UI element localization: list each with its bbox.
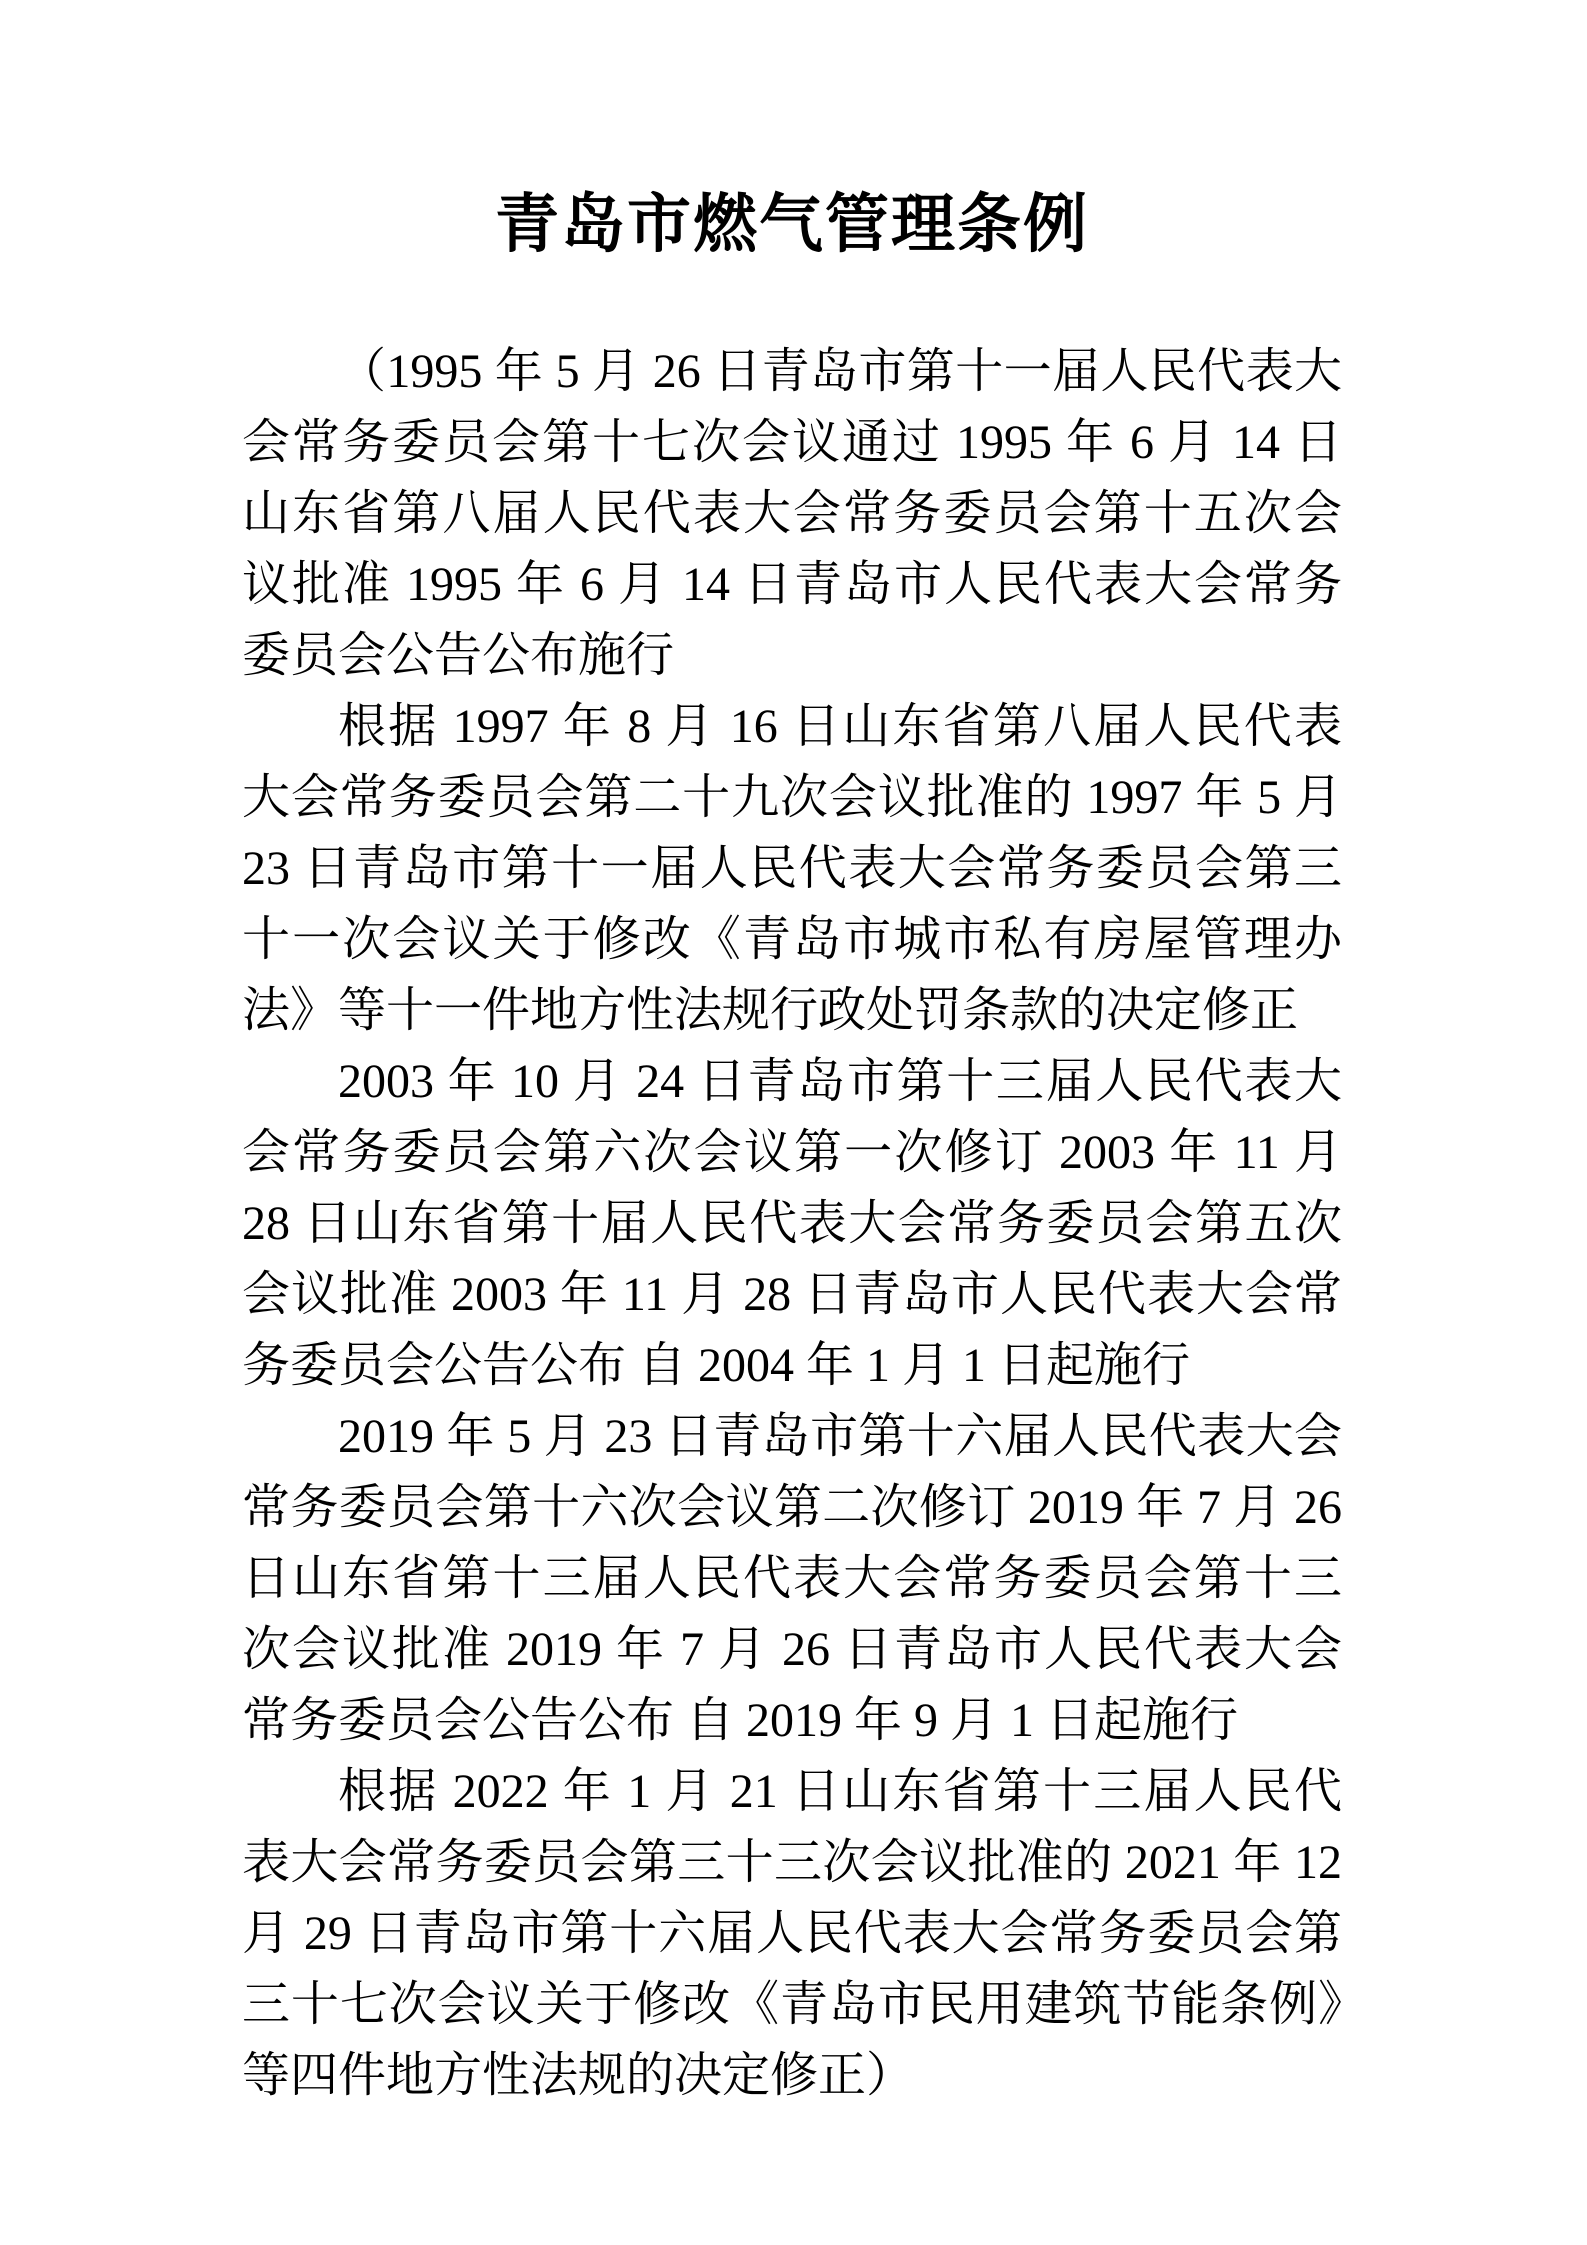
legislative-history-paragraph-4: 2019 年 5 月 23 日青岛市第十六届人民代表大会常务委员会第十六次会议第… — [242, 1401, 1342, 1756]
document-page: 青岛市燃气管理条例 （1995 年 5 月 26 日青岛市第十一届人民代表大会常… — [0, 0, 1587, 2245]
document-body: （1995 年 5 月 26 日青岛市第十一届人民代表大会常务委员会第十七次会议… — [242, 336, 1342, 2111]
legislative-history-paragraph-1: （1995 年 5 月 26 日青岛市第十一届人民代表大会常务委员会第十七次会议… — [242, 336, 1342, 691]
legislative-history-paragraph-3: 2003 年 10 月 24 日青岛市第十三届人民代表大会常务委员会第六次会议第… — [242, 1046, 1342, 1401]
document-title: 青岛市燃气管理条例 — [242, 186, 1342, 264]
legislative-history-paragraph-5: 根据 2022 年 1 月 21 日山东省第十三届人民代表大会常务委员会第三十三… — [242, 1756, 1342, 2111]
legislative-history-paragraph-2: 根据 1997 年 8 月 16 日山东省第八届人民代表大会常务委员会第二十九次… — [242, 691, 1342, 1046]
